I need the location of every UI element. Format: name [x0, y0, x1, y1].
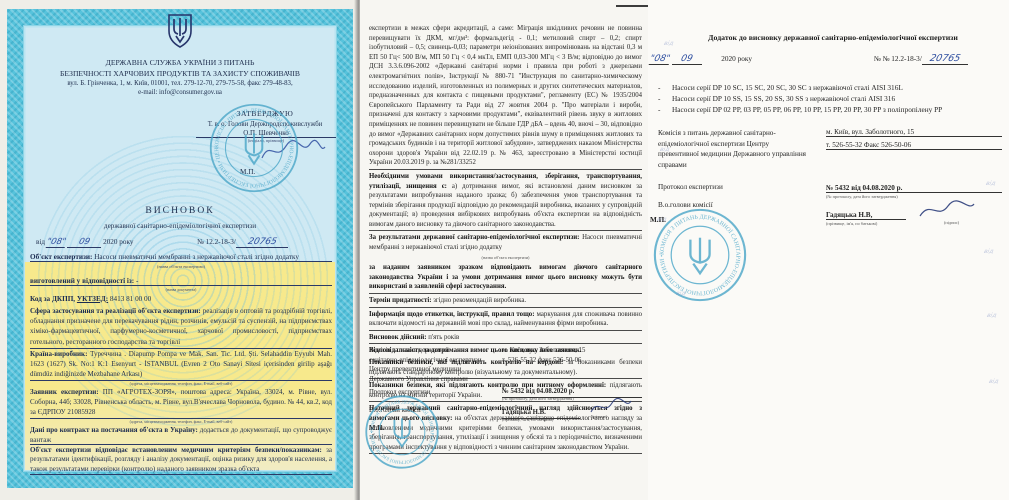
ghost-text-artifact: від: [983, 248, 994, 255]
country-caption: (адреса, місцезнаходження, телефон, факс…: [30, 380, 332, 386]
validity-text: п'ять років: [428, 334, 459, 341]
conclusion-paragraph-limits: експертизи в межах сфери акредитації, а …: [369, 24, 642, 170]
pump-list-item: -Насоси серії DP 02 PP, 03 PP, 05 PP, 06…: [658, 104, 1003, 115]
code-value: 8413 81 00 00: [110, 295, 151, 303]
appendix-protocol-label: Протокол експертизи: [658, 183, 723, 191]
ghost-text-artifact: від: [986, 312, 997, 319]
code-label-uktzed: УКТЗЕД:: [77, 295, 108, 303]
commission-phone: т. 526-55-32 факс 526-50-06: [502, 356, 642, 366]
date-pre: від: [36, 238, 45, 246]
certificate-title: ВИСНОВОК: [0, 205, 360, 216]
appendix-head-caption: (прізвище, ім'я, по батькові): [826, 221, 921, 226]
shelf-life-lead: Термін придатності:: [369, 297, 432, 304]
appendix-protocol-value: № 5432 від 04.08.2020 р.: [826, 184, 1002, 193]
object-caption: (назва об'єкта експертизи): [30, 264, 332, 269]
number-label: № 12.2-18-3/: [197, 238, 236, 246]
made-label: виготовлений у відповідності із:: [30, 277, 134, 285]
pump-list-item: -Насоси серії DP 10 SC, 15 SC, 20 SC, 30…: [658, 82, 1003, 93]
certificate-subtitle: державної санітарно-епідеміологічної екс…: [0, 222, 360, 230]
validity-lead: Висновок дійсний:: [369, 334, 427, 341]
appendix-title: Додаток до висновку державної санітарно-…: [678, 33, 988, 42]
round-stamp-icon: КОМІСІЯ З ПИТАНЬ ДЕРЖАВНОЇ САНІТАРНО-ЕПІ…: [652, 207, 748, 303]
pump-list-item: -Насоси серії DP 10 SS, 15 SS, 20 SS, 30…: [658, 93, 1003, 104]
object-value: Насоси пневматичні мембранні з нержавіюч…: [94, 253, 299, 261]
result-statement: за наданим заявником зразком відповідают…: [369, 263, 642, 294]
result-caption: (назва об'єкта експертизи): [369, 253, 642, 263]
appendix-sign-caption: (підпис): [944, 220, 959, 225]
appendix-date-day: "08": [649, 54, 671, 65]
code-label: Код за ДКПП,: [30, 295, 75, 303]
sign-caption: (підпис): [592, 414, 607, 419]
commission-line4: Державного Управління справами: [369, 375, 494, 385]
ghost-text-artifact: від: [659, 146, 670, 153]
appendix-page: Додаток до висновку державної санітарно-…: [648, 0, 1009, 500]
sphere-label: Сфера застосування та реалізації об'єкта…: [30, 307, 201, 315]
result-lead: За результатами державної санітарно-епід…: [369, 234, 579, 241]
appendix-address: м. Київ, вул. Заболотного, 15: [826, 128, 1002, 137]
meets-label: Об'єкт експертизи відповідає встановлени…: [30, 446, 322, 454]
head-caption: (прізвище, ім'я, по батькові): [502, 417, 592, 422]
date-year: 2020 року: [103, 238, 133, 246]
shelf-life-text: згідно рекомендацій виробника.: [433, 297, 526, 304]
date-day-handwritten: "08": [45, 237, 66, 248]
appendix-protocol-caption: (№ протоколу, дата його затвердження): [826, 194, 898, 199]
commission-line2: санітарно-епідеміологічної експертизи: [369, 356, 494, 366]
scanned-certificate-document: ДЕРЖАВНА СЛУЖБА УКРАЇНИ З ПИТАНЬ БЕЗПЕЧН…: [0, 0, 1009, 500]
agency-name-line1: ДЕРЖАВНА СЛУЖБА УКРАЇНИ З ПИТАНЬ: [0, 58, 360, 67]
ghost-text-artifact: від: [675, 290, 686, 297]
conclusion-page: експертизи в межах сфери акредитації, а …: [360, 0, 648, 500]
made-caption: (назва документа): [30, 287, 332, 292]
agency-name-line2: БЕЗПЕЧНОСТІ ХАРЧОВИХ ПРОДУКТІВ ТА ЗАХИСТ…: [0, 69, 360, 78]
applicant-label: Заявник експертизи:: [30, 388, 99, 396]
appendix-number-value: 20765: [928, 53, 961, 64]
made-value: -: [136, 277, 138, 285]
ghost-text-artifact: від: [988, 378, 999, 385]
date-month-handwritten: 09: [78, 237, 91, 247]
ghost-text-artifact: від: [663, 40, 674, 47]
commission-line1: Комісія з питань державної: [369, 346, 494, 356]
round-stamp-icon: КОМІСІЯ З ПИТАНЬ ДЕРЖАВНОЇ САНІТАРНО-ЕПІ…: [364, 394, 440, 470]
appendix-number-label: № № 12.2-18-3/: [874, 54, 922, 63]
country-label: Країна-виробник:: [30, 350, 87, 358]
appendix-phone: т. 526-55-32 Факс 526-50-06: [826, 141, 1002, 150]
commission-address: м. Київ, вул. Заболотного, 15: [502, 346, 642, 356]
agency-email: e-mail: info@consumer.gov.ua: [0, 89, 360, 96]
applicant-caption: (адреса, місцезнаходження, телефон, факс…: [30, 418, 332, 424]
contract-label: Дані про контракт на постачання об'єкта …: [30, 426, 198, 434]
appendix-commission: Комісія з питань державної санітарно-епі…: [658, 128, 808, 170]
appendix-head-name: Гадяцька Н.В,: [826, 211, 906, 220]
agency-address: вул. Б. Грінченка, 1, м. Київ, 01001, те…: [0, 80, 360, 87]
ghost-text-artifact: від: [656, 216, 667, 223]
trident-emblem-icon: [165, 13, 195, 51]
certificate-page: ДЕРЖАВНА СЛУЖБА УКРАЇНИ З ПИТАНЬ БЕЗПЕЧН…: [0, 0, 360, 500]
number-value-handwritten: 20765: [246, 237, 277, 247]
commission-line3: Центру превентивної медицини: [369, 365, 494, 375]
appendix-date-year: 2020 року: [721, 54, 752, 63]
label-info-lead: Інформація щодо етикетки, інструкції, пр…: [369, 311, 534, 318]
ghost-text-artifact: від: [985, 180, 996, 187]
round-stamp-icon: КОМІСІЯ З ПИТАНЬ ДЕРЖАВНОЇ САНІТАРНО-ЕПІ…: [208, 102, 300, 194]
object-label: Об'єкт експертизи:: [30, 253, 92, 261]
appendix-date-month: 09: [680, 54, 694, 64]
